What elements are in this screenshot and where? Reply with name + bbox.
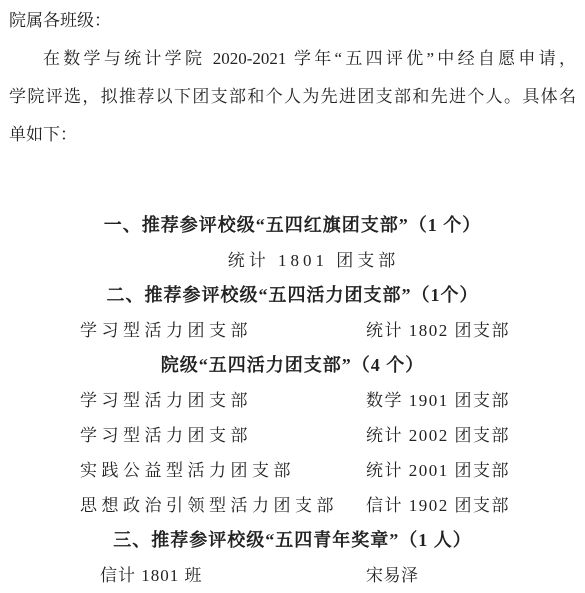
award-unit: 统计 2001 团支部 [366, 453, 510, 488]
award-row: 思想政治引领型活力团支部 信计 1902 团支部 [9, 488, 576, 523]
award-row: 信计 1801 班 宋易泽 [9, 558, 576, 593]
section-1-heading: 一、推荐参评校级“五四红旗团支部”（1 个） [9, 208, 576, 243]
award-type: 学习型活力团支部 [80, 313, 366, 348]
award-person-name: 宋易泽 [366, 558, 419, 593]
salutation: 院属各班级： [9, 2, 576, 40]
section-2b-heading: 院级“五四活力团支部”（4 个） [9, 348, 576, 383]
section-3-heading: 三、推荐参评校级“五四青年奖章”（1 人） [9, 523, 576, 558]
award-row: 学习型活力团支部 数学 1901 团支部 [9, 383, 576, 418]
award-row: 学习型活力团支部 统计 2002 团支部 [9, 418, 576, 453]
section-2-heading: 二、推荐参评校级“五四活力团支部”（1个） [9, 278, 576, 313]
intro-line-1: 在数学与统计学院 2020-2021 学年“五四评优”中经自愿申请， [9, 40, 576, 78]
award-type: 思想政治引领型活力团支部 [80, 488, 366, 523]
award-class: 信计 1801 班 [80, 558, 366, 593]
section-1-winner: 统计 1801 团支部 [9, 243, 576, 278]
award-unit: 信计 1902 团支部 [366, 488, 510, 523]
award-sections: 一、推荐参评校级“五四红旗团支部”（1 个） 统计 1801 团支部 二、推荐参… [9, 208, 576, 593]
intro-line-3: 单如下： [9, 116, 576, 154]
document-page: 院属各班级： 在数学与统计学院 2020-2021 学年“五四评优”中经自愿申请… [0, 0, 585, 593]
award-unit: 统计 1802 团支部 [366, 313, 510, 348]
intro-paragraph: 院属各班级： 在数学与统计学院 2020-2021 学年“五四评优”中经自愿申请… [9, 2, 576, 154]
award-type: 实践公益型活力团支部 [80, 453, 366, 488]
award-row: 学习型活力团支部 统计 1802 团支部 [9, 313, 576, 348]
award-type: 学习型活力团支部 [80, 418, 366, 453]
award-row: 实践公益型活力团支部 统计 2001 团支部 [9, 453, 576, 488]
award-type: 学习型活力团支部 [80, 383, 366, 418]
award-unit: 数学 1901 团支部 [366, 383, 510, 418]
intro-line-2: 学院评选，拟推荐以下团支部和个人为先进团支部和先进个人。具体名 [9, 78, 576, 116]
award-unit: 统计 2002 团支部 [366, 418, 510, 453]
